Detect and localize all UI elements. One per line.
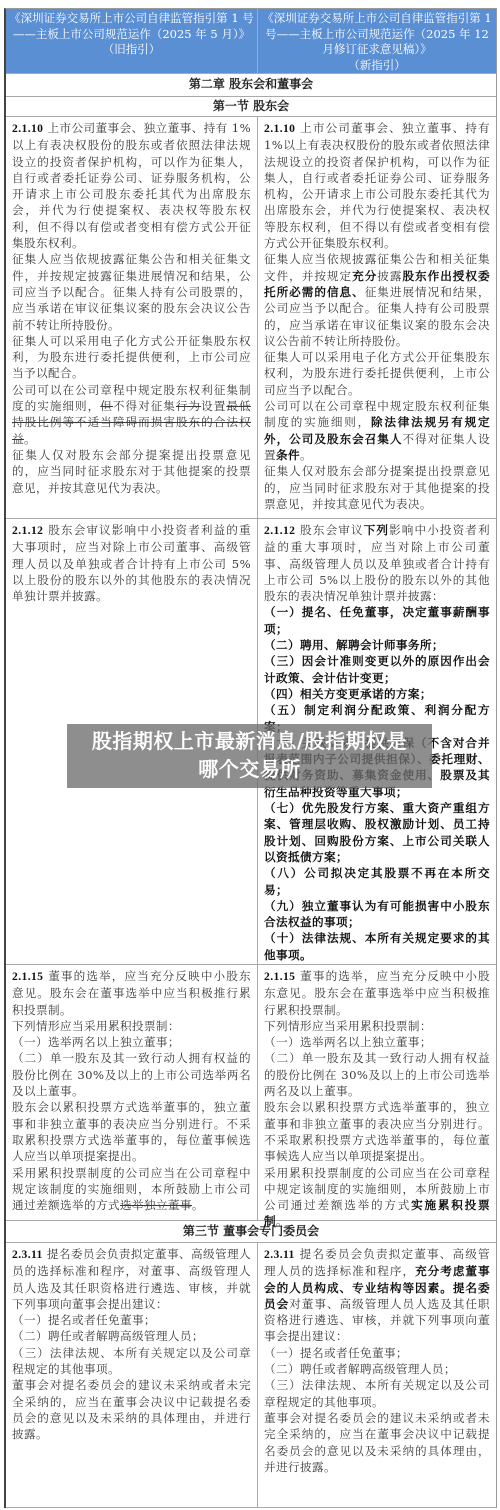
overlay-title-line1: 股指期权上市最新消息/股指期权是 <box>67 727 432 755</box>
list-item: （三）因会计准则变更以外的原因作出会计政策、会计估计变更； <box>264 653 490 686</box>
header-old-title: 《深圳证券交易所上市公司自律监管指引第 1 号——主板上市公司规范运作（2025… <box>9 11 254 42</box>
old-clause-2-1-10: 2.1.10 上市公司董事会、独立董事、持有 1%以上有表决权股份的股东或者依照… <box>6 117 258 518</box>
new-clause-2-1-15: 2.1.15 董事的选举，应当充分反映中小股东意见。股东会在董事选举中应当积极推… <box>258 965 496 1220</box>
table-header: 《深圳证券交易所上市公司自律监管指引第 1 号——主板上市公司规范运作（2025… <box>6 9 496 74</box>
section-row: 第三节 董事会专门委员会 <box>6 1221 496 1243</box>
clause-text: 公司可以在公司章程中规定股东权利征集制度的实施细则，除法律法规另有规定外，公司及… <box>264 398 490 463</box>
clause-text: 上市公司董事会、独立董事、持有 1%以上有表决权股份的股东或者依照法律法规设立的… <box>12 121 251 250</box>
clause-text: 征集人可以采用电子化方式公开征集股东权利，为股东进行委托提供便利，上市公司应当予… <box>12 333 251 382</box>
header-new-title: 《深圳证券交易所上市公司自律监管指引第 1 号——主板上市公司规范运作（2025… <box>261 11 493 58</box>
chapter-title: 第二章 股东会和董事会 <box>6 74 496 96</box>
list-item: （一）选举两名以上独立董事； <box>12 1034 251 1050</box>
section-title: 第一节 股东会 <box>6 97 496 116</box>
old-clause-2-1-15: 2.1.15 董事的选举，应当充分反映中小股东意见。股东会在董事选举中应当积极推… <box>6 965 258 1220</box>
clause-text: 下列情形应当采用累积投票制： <box>264 1018 490 1034</box>
added-text: 条件 <box>276 448 300 462</box>
list-item: （二）聘任或者解聘高级管理人员； <box>12 1328 251 1344</box>
clause-number: 2.1.12 <box>12 524 43 537</box>
new-clause-2-1-10: 2.1.10 上市公司董事会、独立董事、持有 1%以上有表决权股份的股东或者依照… <box>258 117 496 518</box>
clause-number: 2.1.10 <box>12 122 43 135</box>
old-clause-2-3-11: 2.3.11 提名委员会负责拟定董事、高级管理人员的选择标准和程序，对董事、高级… <box>6 1243 258 1507</box>
list-item: （四）相关方变更承诺的方案； <box>264 686 490 702</box>
section-title: 第三节 董事会专门委员会 <box>6 1221 496 1242</box>
list-item: （十）法律法规、本所有关规定要求的其他事项。 <box>264 930 490 963</box>
clause-text: 董事的选举，应当充分反映中小股东意见。股东会在董事选举中应当积极推行累积投票制。 <box>12 969 251 1017</box>
clause-text: 上市公司董事会、独立董事、持有 1%以上有表决权股份的股东或者依照法律法规设立的… <box>264 121 490 250</box>
table-row: 2.3.11 提名委员会负责拟定董事、高级管理人员的选择标准和程序，对董事、高级… <box>6 1243 496 1508</box>
clause-text: 董事的选举，应当充分反映中小股东意见。股东会在董事选举中应当积极推行累积投票制。 <box>264 969 490 1017</box>
list-item: （二）单一股东及其一致行动人拥有权益的股份比例在 30%及以上的上市公司选举两名… <box>12 1050 251 1099</box>
header-new-guideline: 《深圳证券交易所上市公司自律监管指引第 1 号——主板上市公司规范运作（2025… <box>258 9 496 73</box>
clause-text: 提名委员会负责拟定董事、高级管理人员的选择标准和程序，对董事、高级管理人员人选及… <box>12 1247 251 1311</box>
list-item: （二）聘任或者解聘高级管理人员； <box>264 1361 490 1377</box>
list-item: （二）单一股东及其一致行动人拥有权益的股份比例在 30%及以上的上市公司选举两名… <box>264 1050 490 1099</box>
clause-number: 2.1.15 <box>264 970 295 983</box>
clause-number: 2.1.12 <box>264 524 295 537</box>
table-row: 2.1.10 上市公司董事会、独立董事、持有 1%以上有表决权股份的股东或者依照… <box>6 117 496 519</box>
clause-text: 董事会对提名委员会的建议未采纳或者未完全采纳的，应当在董事会决议中记载提名委员会… <box>264 1410 490 1475</box>
clause-text: 征集人应当依规披露征集公告和相关征集文件，并按规定披露征集进展情况和结果，公司应… <box>12 251 251 332</box>
clause-number: 2.3.11 <box>264 1248 295 1261</box>
header-new-subtitle: （新指引） <box>261 58 493 74</box>
clause-number: 2.1.10 <box>264 122 295 135</box>
clause-text: 征集人应当依规披露征集公告和相关征集文件，并按规定充分披露股东作出授权委托所必需… <box>264 251 490 349</box>
clause-text: 股东会以累积投票方式选举董事的，独立董事和非独立董事的表决应当分别进行。不采取累… <box>264 1099 490 1164</box>
clause-text: 征集人仅对股东会部分提案提出投票意见的，应当同时征求股东对于其他提案的投票意见，… <box>264 463 490 512</box>
clause-number: 2.3.11 <box>12 1248 43 1261</box>
clause-text: 股东会审议影响中小投资者利益的重大事项时，应当对除上市公司董事、高级管理人员以及… <box>12 523 251 603</box>
clause-text: 董事会对提名委员会的建议未采纳或者未完全采纳的，应当在董事会决议中记载提名委员会… <box>12 1377 251 1442</box>
clause-number: 2.1.15 <box>12 970 43 983</box>
clause-text: 公司可以在公司章程中规定股东权利征集制度的实施细则，但不得对征集行为设置最低持股… <box>12 382 251 447</box>
deleted-text: 行为 <box>176 399 201 413</box>
list-item: （一）选举两名以上独立董事； <box>264 1034 490 1050</box>
list-item: （八）公司拟决定其股票不再在本所交易； <box>264 865 490 898</box>
header-old-subtitle: （旧指引） <box>9 42 254 58</box>
chapter-row: 第二章 股东会和董事会 <box>6 74 496 97</box>
new-clause-2-3-11: 2.3.11 提名委员会负责拟定董事、高级管理人员的选择标准和程序，充分考虑董事… <box>258 1243 496 1507</box>
table-row: 2.1.15 董事的选举，应当充分反映中小股东意见。股东会在董事选举中应当积极推… <box>6 965 496 1221</box>
list-item: （七）优先股发行方案、重大资产重组方案、管理层收购、股权激励计划、员工持股计划、… <box>264 800 490 865</box>
clause-text: 征集人可以采用电子化方式公开征集股东权利，为股东进行委托提供便利，上市公司应当予… <box>264 349 490 398</box>
list-item: （三）法律法规、本所有关规定以及公司章程规定的其他事项。 <box>12 1345 251 1378</box>
clause-text: 采用累积投票制度的公司应当在公司章程中规定该制度的实施细则，本所鼓励上市公司通过… <box>264 1165 490 1230</box>
clause-text: 下列情形应当采用累积投票制： <box>12 1018 251 1034</box>
clause-text: 征集人仅对股东会部分提案提出投票意见的，应当同时征求股东对于其他提案的投票意见，… <box>12 447 251 496</box>
clause-text: 采用累积投票制度的公司应当在公司章程中规定该制度的实施细则，本所鼓励上市公司通过… <box>12 1165 251 1214</box>
list-item: （二）聘用、解聘会计师事务所； <box>264 637 490 653</box>
section-row: 第一节 股东会 <box>6 97 496 117</box>
added-text: 下列 <box>364 523 389 537</box>
list-item: （三）法律法规、本所有关规定以及公司章程规定的其他事项。 <box>264 1377 490 1410</box>
list-item: （九）独立董事认为有可能损害中小股东合法权益的事项； <box>264 898 490 931</box>
title-overlay-text: 股指期权上市最新消息/股指期权是 哪个交易所 <box>67 727 432 783</box>
clause-text: 股东会以累积投票方式选举董事的，独立董事和非独立董事的表决应当分别进行。不采取累… <box>12 1099 251 1164</box>
overlay-title-line2: 哪个交易所 <box>67 755 432 783</box>
header-old-guideline: 《深圳证券交易所上市公司自律监管指引第 1 号——主板上市公司规范运作（2025… <box>6 9 258 73</box>
list-item: （一）提名或者任免董事； <box>264 1345 490 1361</box>
list-item: （一）提名、任免董事，决定董事薪酬事项； <box>264 604 490 637</box>
deleted-text: 选举独立董事 <box>120 1198 192 1212</box>
added-text: 充分 <box>352 269 377 283</box>
list-item: （一）提名或者任免董事； <box>12 1312 251 1328</box>
deleted-text: 但 <box>100 399 113 413</box>
